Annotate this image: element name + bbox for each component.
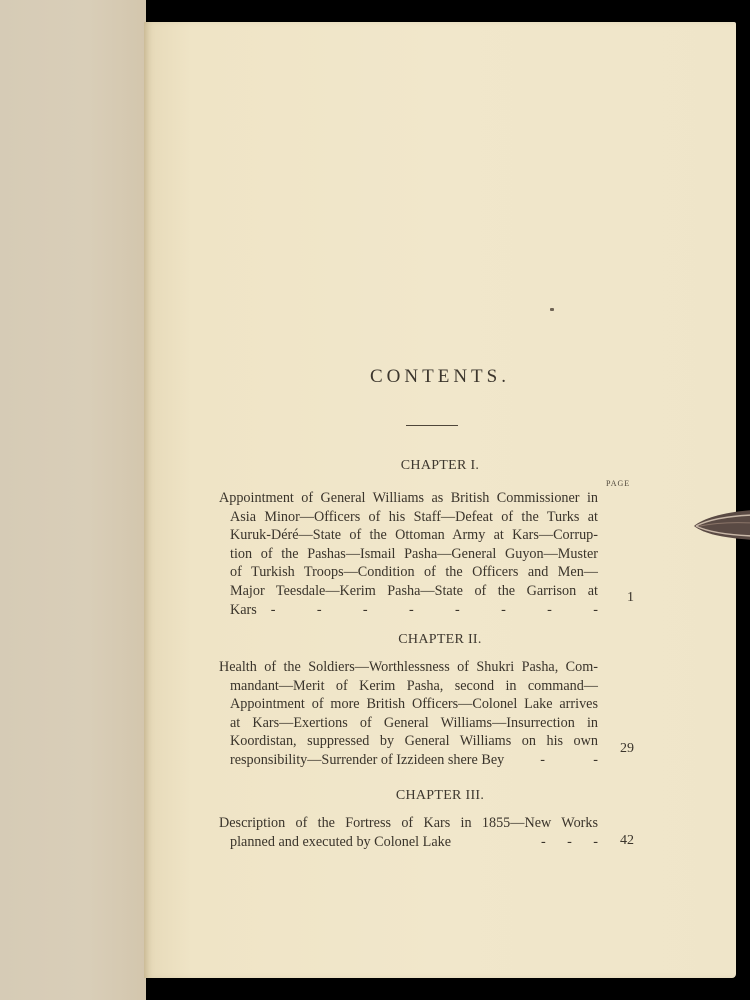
summary-line: responsibility—Surrender of Izzideen she… xyxy=(230,751,504,770)
chapter-3-summary: Description of the Fortress of Kars in 1… xyxy=(230,814,598,851)
chapter-2-page-number: 29 xyxy=(614,741,634,757)
summary-line: Koordistan, suppressed by General Willia… xyxy=(230,732,598,751)
chapter-1-heading: CHAPTER I. xyxy=(144,458,736,474)
dot-leaders: -- xyxy=(540,751,598,770)
summary-last-line: planned and executed by Colonel Lake --- xyxy=(230,833,598,852)
summary-last-line: Kars -------- xyxy=(230,601,598,620)
chapter-1-page-number: 1 xyxy=(614,590,634,606)
summary-line: at Kars—Exertions of General Williams—In… xyxy=(230,714,598,733)
chapter-3-heading: CHAPTER III. xyxy=(144,788,736,804)
chapter-3-page-number: 42 xyxy=(614,833,634,849)
paper-speck xyxy=(550,308,554,311)
summary-line: Kuruk-Déré—State of the Ottoman Army at … xyxy=(230,526,598,545)
chapter-2-summary: Health of the Soldiers—Worthlessness of … xyxy=(230,658,598,770)
chapter-1-summary: Appointment of General Williams as Briti… xyxy=(230,489,598,619)
summary-last-line: responsibility—Surrender of Izzideen she… xyxy=(230,751,598,770)
contents-page: CONTENTS. CHAPTER I. PAGE Appointment of… xyxy=(144,22,736,978)
dot-leaders: --- xyxy=(541,833,598,852)
page-title: CONTENTS. xyxy=(144,366,736,388)
page-marker-tab-icon xyxy=(694,508,750,542)
summary-line: Description of the Fortress of Kars in 1… xyxy=(219,814,598,833)
facing-left-page xyxy=(0,0,146,1000)
summary-line: tion of the Pashas—Ismail Pasha—General … xyxy=(230,545,598,564)
title-rule xyxy=(406,425,458,426)
summary-line: Appointment of more British Officers—Col… xyxy=(230,695,598,714)
page-column-label: PAGE xyxy=(606,479,630,488)
summary-line: mandant—Merit of Kerim Pasha, second in … xyxy=(230,677,598,696)
summary-line: planned and executed by Colonel Lake xyxy=(230,833,451,852)
dot-leaders: -------- xyxy=(271,601,598,620)
summary-line: Appointment of General Williams as Briti… xyxy=(219,489,598,508)
summary-line: of Turkish Troops—Condition of the Offic… xyxy=(230,563,598,582)
chapter-2-heading: CHAPTER II. xyxy=(144,632,736,648)
summary-line: Asia Minor—Officers of his Staff—Defeat … xyxy=(230,508,598,527)
summary-line: Kars xyxy=(230,601,257,620)
summary-line: Health of the Soldiers—Worthlessness of … xyxy=(219,658,598,677)
summary-line: Major Teesdale—Kerim Pasha—State of the … xyxy=(230,582,598,601)
